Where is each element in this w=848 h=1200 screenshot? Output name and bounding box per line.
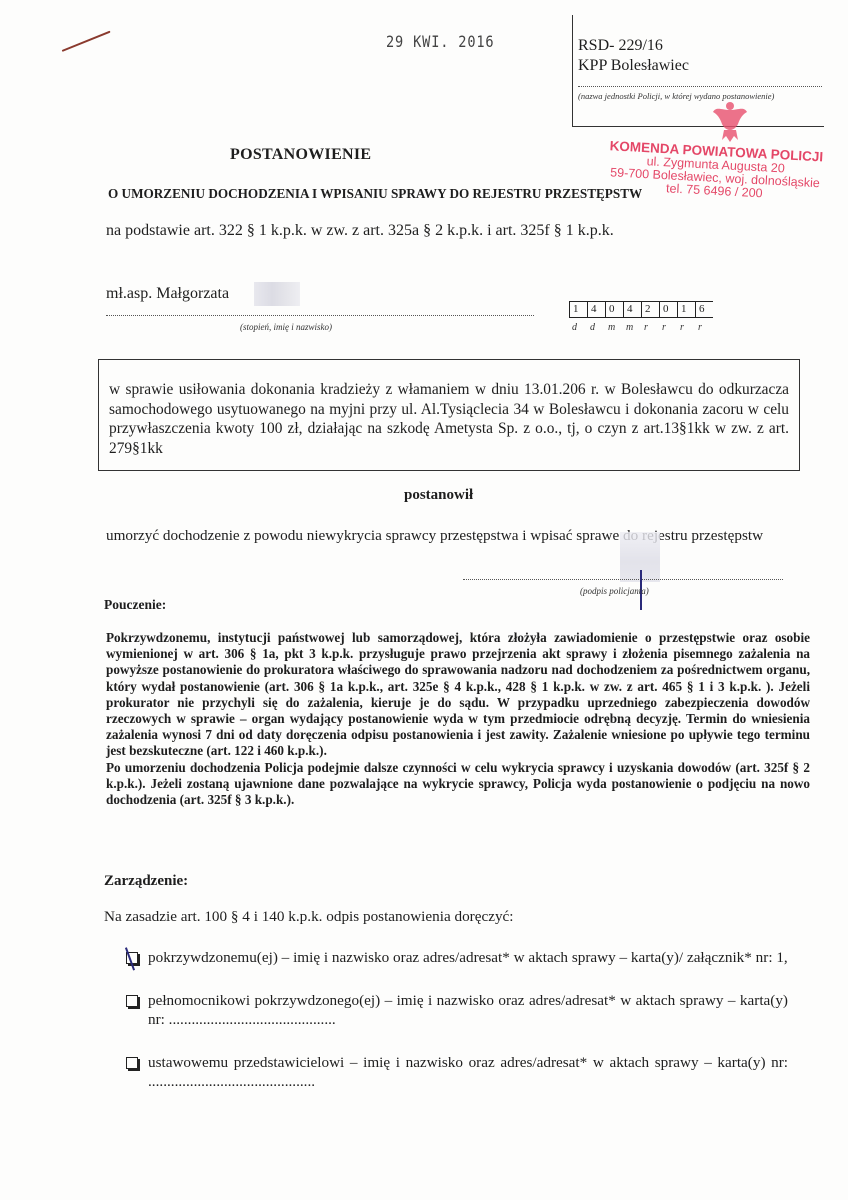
order-basis: Na zasadzie art. 100 § 4 i 140 k.p.k. od… — [104, 908, 514, 926]
issue-date-boxes: 1 4 0 4 2 0 1 6 — [569, 301, 713, 318]
recipient-item-injured-party: pokrzywdzonemu(ej) – imię i nazwisko ora… — [126, 948, 788, 967]
date-digit: 6 — [695, 302, 713, 317]
recipient-text: pełnomocnikowi pokrzywdzonego(ej) – imię… — [148, 991, 788, 1029]
date-label: r — [680, 322, 698, 333]
header-box-bottom-border — [572, 126, 824, 127]
decision-text: umorzyć dochodzenie z powodu niewykrycia… — [106, 526, 786, 545]
date-label: r — [698, 322, 716, 333]
date-label: m — [608, 322, 626, 333]
checkbox-icon[interactable] — [126, 1057, 138, 1069]
instruction-paragraph-2: Po umorzeniu dochodzenia Policja podejmi… — [106, 760, 810, 809]
officer-dotted-line — [106, 311, 534, 316]
date-format-labels: d d m m r r r r — [572, 322, 716, 333]
date-label: d — [572, 322, 590, 333]
instruction-body: Pokrzywdzonemu, instytucji państwowej lu… — [106, 630, 810, 808]
eagle-emblem-icon — [712, 98, 748, 144]
case-description-box: w sprawie usiłowania dokonania kradzieży… — [98, 359, 800, 471]
received-date-stamp: 29 KWI. 2016 — [386, 32, 494, 51]
date-label: r — [644, 322, 662, 333]
date-label: m — [626, 322, 644, 333]
legal-basis: na podstawie art. 322 § 1 k.p.k. w zw. z… — [106, 222, 614, 240]
date-digit: 0 — [605, 302, 623, 317]
date-label: d — [590, 322, 608, 333]
officer-caption: (stopień, imię i nazwisko) — [240, 322, 332, 332]
recipient-list: pokrzywdzonemu(ej) – imię i nazwisko ora… — [126, 948, 788, 1115]
instruction-paragraph-1: Pokrzywdzonemu, instytucji państwowej lu… — [106, 630, 810, 760]
police-unit-name: KPP Bolesławiec — [578, 56, 689, 76]
decision-heading: postanowił — [404, 487, 473, 504]
date-digit: 1 — [677, 302, 695, 317]
date-digit: 2 — [641, 302, 659, 317]
checkbox-checked-icon[interactable] — [126, 952, 138, 964]
recipient-item-attorney: pełnomocnikowi pokrzywdzonego(ej) – imię… — [126, 991, 788, 1029]
redacted-surname — [254, 282, 300, 306]
unit-dotted-line — [578, 80, 822, 87]
signature-caption: (podpis policjanta) — [580, 586, 649, 596]
header-box-left-border — [572, 15, 573, 127]
order-heading: Zarządzenie: — [104, 873, 188, 890]
recipient-text: ustawowemu przedstawicielowi – imię i na… — [148, 1053, 788, 1091]
document-subtitle: O UMORZENIU DOCHODZENIA I WPISANIU SPRAW… — [108, 186, 642, 202]
officer-rank-name: mł.asp. Małgorzata — [106, 285, 229, 303]
case-number: RSD- 229/16 — [578, 36, 663, 56]
date-label: r — [662, 322, 680, 333]
date-digit: 4 — [587, 302, 605, 317]
date-digit: 0 — [659, 302, 677, 317]
instruction-heading: Pouczenie: — [104, 597, 166, 613]
signature-dotted-line — [463, 575, 783, 580]
document-title: POSTANOWIENIE — [230, 146, 371, 164]
recipient-item-legal-representative: ustawowemu przedstawicielowi – imię i na… — [126, 1053, 788, 1091]
date-digit: 1 — [569, 302, 587, 317]
date-digit: 4 — [623, 302, 641, 317]
checkbox-icon[interactable] — [126, 995, 138, 1007]
recipient-text: pokrzywdzonemu(ej) – imię i nazwisko ora… — [148, 948, 788, 967]
pen-mark — [62, 31, 111, 52]
case-description: w sprawie usiłowania dokonania kradzieży… — [109, 381, 789, 457]
